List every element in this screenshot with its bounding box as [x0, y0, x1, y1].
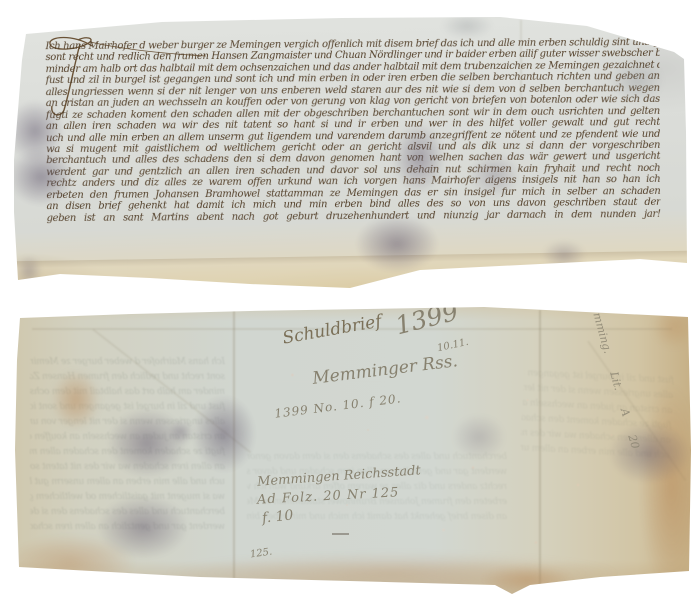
ink-stain [468, 152, 520, 198]
photo-background: Ich hans Mairhofer d weber burger ze Mem… [0, 0, 697, 599]
ink-stain [97, 495, 189, 559]
gray-smudge [432, 8, 502, 44]
rust-stain [480, 566, 575, 594]
rust-stain [52, 370, 100, 430]
ink-stain [8, 148, 74, 206]
fold-strip [12, 251, 689, 302]
ink-stain [392, 122, 446, 194]
ink-stain [355, 215, 439, 273]
ghost-text-line: uch und alle min erben an allem unserm g… [30, 475, 225, 490]
ink-stain [168, 420, 194, 444]
gray-smudge [600, 52, 674, 110]
ink-stain [16, 255, 42, 287]
manuscript-text-block: Ich hans Mairhofer d weber burger ze Mem… [45, 37, 660, 224]
ink-stain [192, 395, 256, 473]
parchment-front: Ich hans Mairhofer d weber burger ze Mem… [12, 12, 688, 294]
ink-stain [542, 240, 586, 270]
annotation-underline [332, 533, 349, 535]
rust-stain [652, 305, 696, 349]
crease-line [520, 20, 522, 130]
parchment-back: Ich hans Mairhofer d weber burger ze Mem… [12, 300, 692, 596]
ink-stain [452, 414, 506, 460]
annotation-folio: f. 10 [261, 507, 294, 526]
